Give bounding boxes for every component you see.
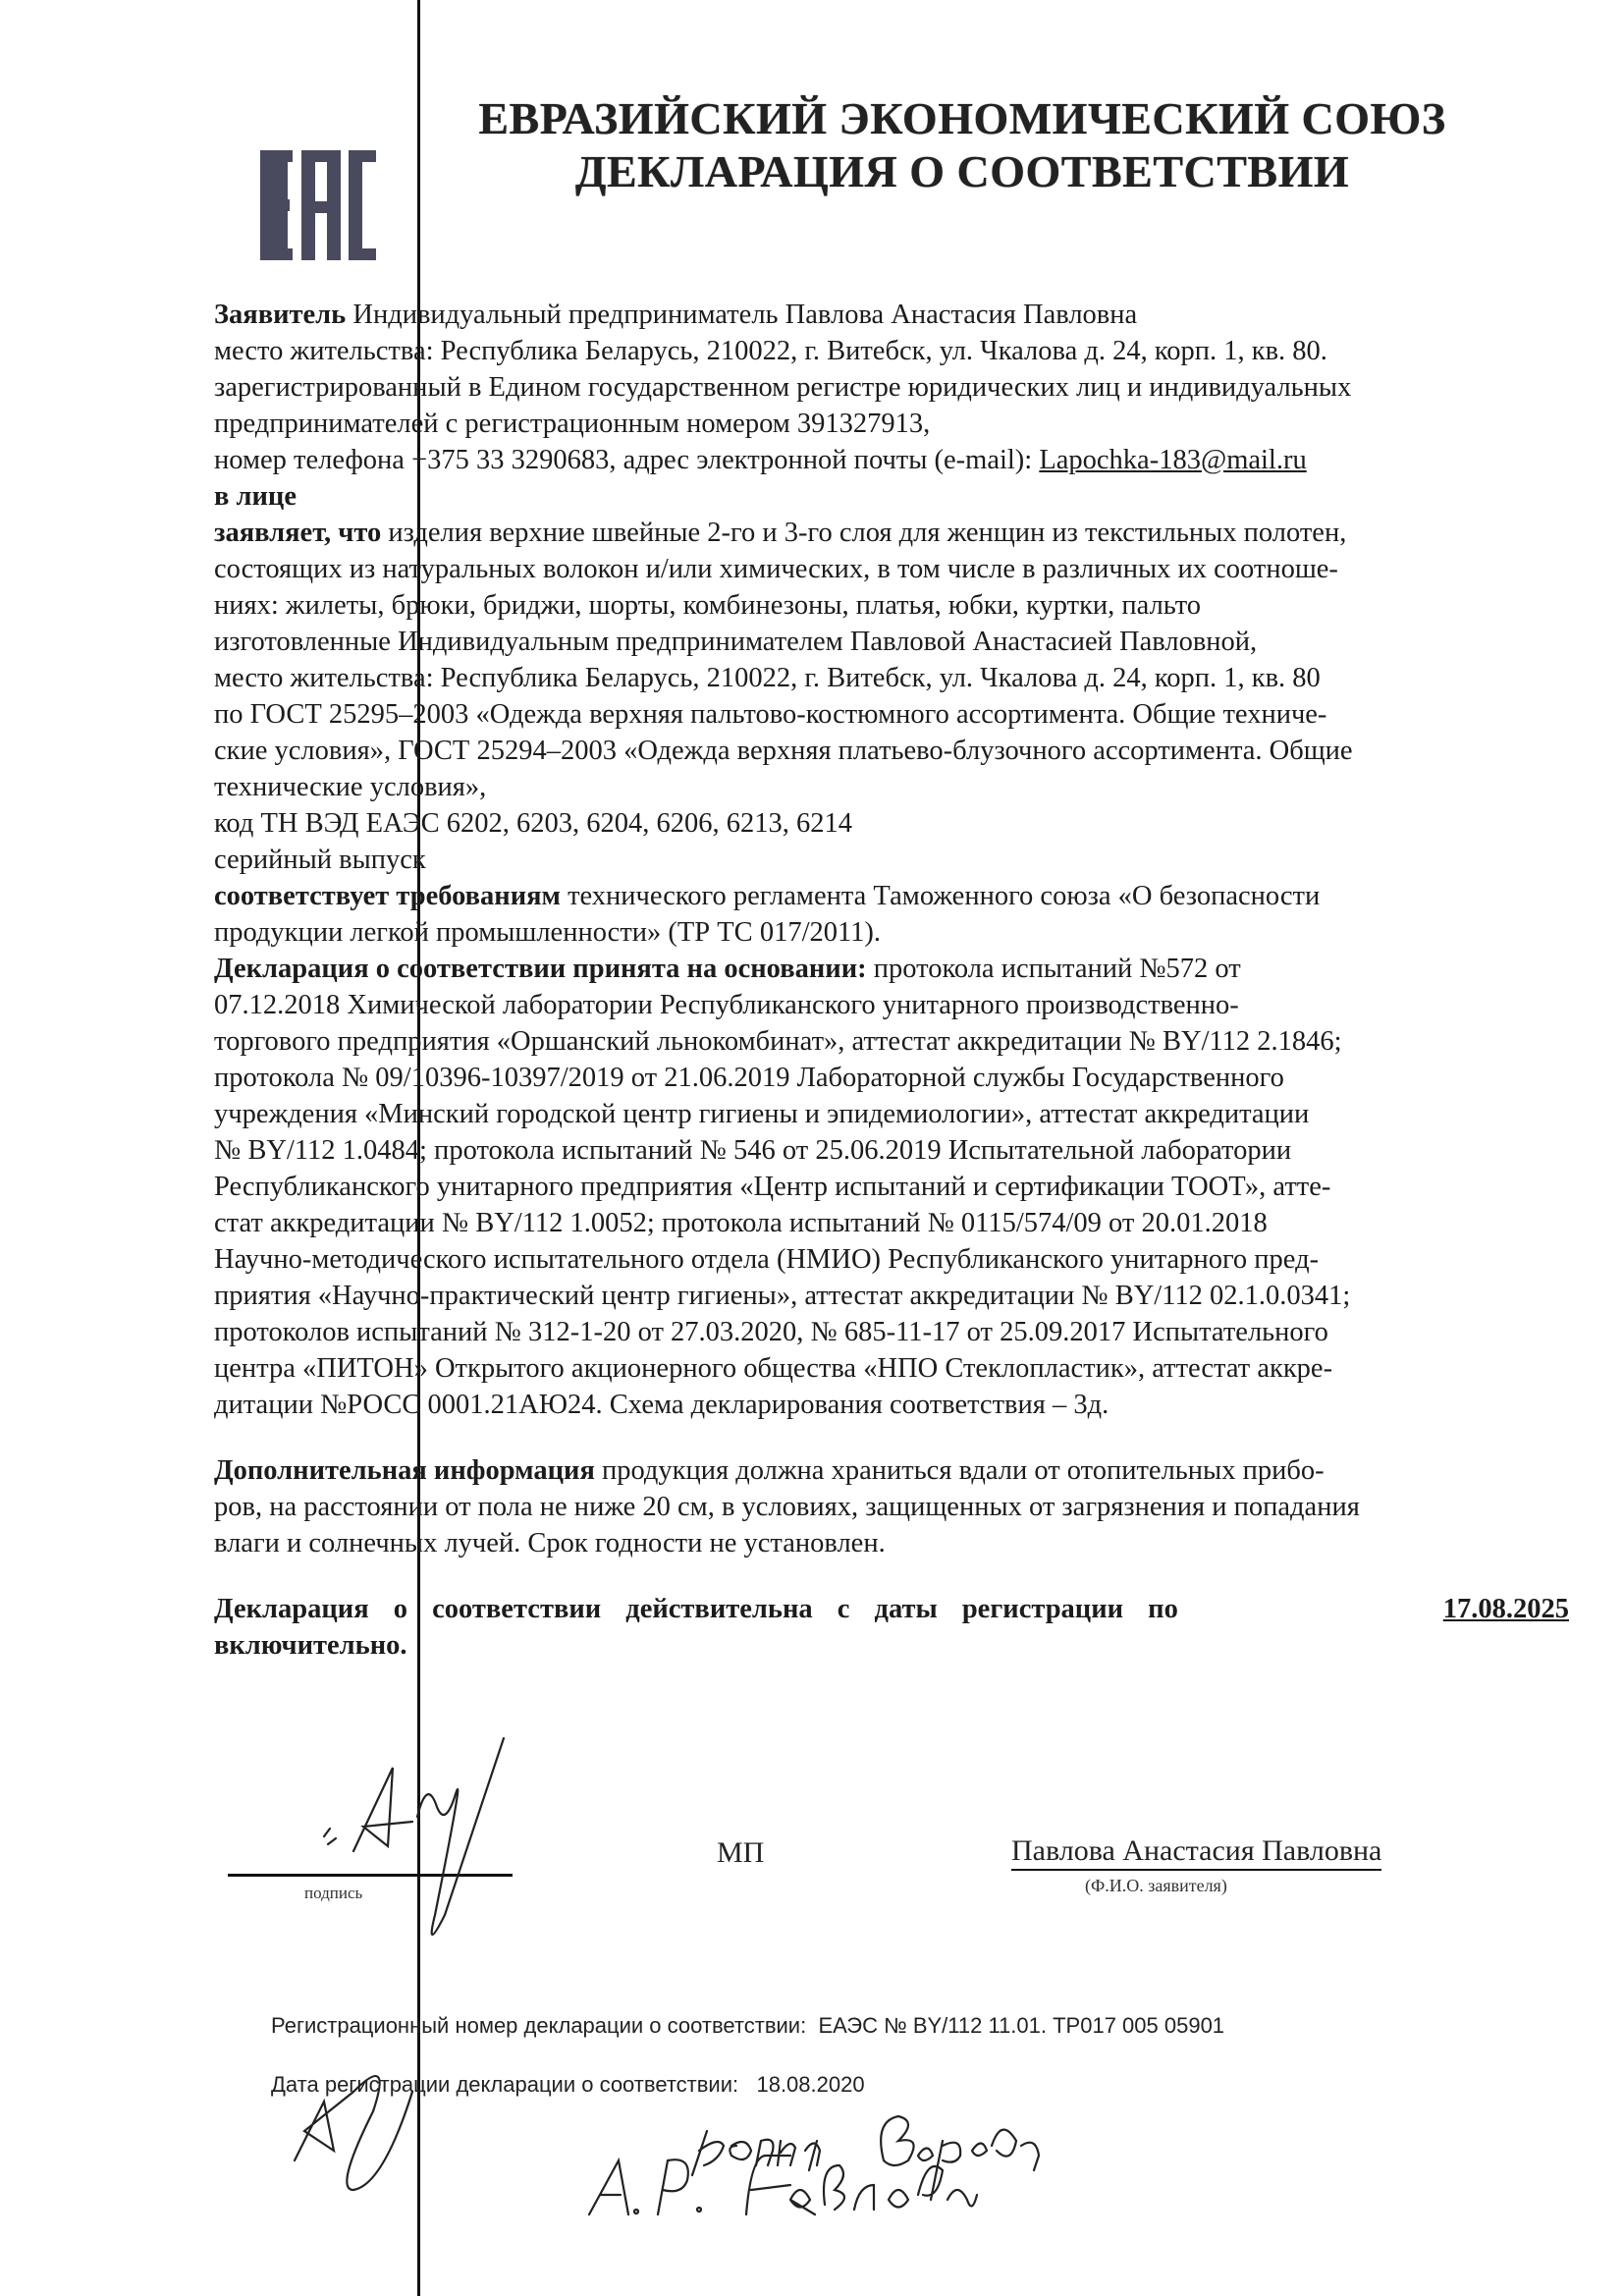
declares-label: заявляет, что [214, 518, 381, 548]
basis-line: стат аккредитации № BY/112 1.0052; прото… [214, 1205, 1569, 1241]
spacer [214, 1423, 1569, 1452]
gost-text-2: ские условия», ГОСТ 25294–2003 «Одежда в… [214, 733, 1569, 769]
validity-date: 17.08.2025 [1443, 1591, 1569, 1627]
applicant-signature-name: Павлова Анастасия Павловна [1011, 1834, 1381, 1871]
basis-line: № BY/112 1.0484; протокола испытаний № 5… [214, 1132, 1569, 1169]
basis-line-0: Декларация о соответствии принята на осн… [214, 951, 1569, 987]
applicant-registration-2: предпринимателей с регистрационным номер… [214, 406, 1569, 442]
signature-caption: подпись [304, 1884, 362, 1903]
registration-date-label: Дата регистрации декларации о соответств… [271, 2072, 738, 2097]
registration-number-line: Регистрационный номер декларации о соотв… [271, 2013, 1224, 2039]
conforms-label: соответствует требованиям [214, 881, 561, 911]
applicant-line: Заявитель Индивидуальный предприниматель… [214, 297, 1569, 333]
basis-line: центра «ПИТОН» Открытого акционерного об… [214, 1350, 1569, 1387]
validity-line-1: Декларация о соответствии действительна … [214, 1591, 1569, 1627]
applicant-contact: номер телефона +375 33 3290683, адрес эл… [214, 442, 1569, 478]
validity-text: Декларация о соответствии действительна … [214, 1591, 1178, 1627]
applicant-address: место жительства: Республика Беларусь, 2… [214, 333, 1569, 369]
conforms-line: соответствует требованиям технического р… [214, 878, 1569, 914]
basis-line: протокола № 09/10396-10397/2019 от 21.06… [214, 1060, 1569, 1096]
document-title: ДЕКЛАРАЦИЯ О СООТВЕТСТВИИ [324, 145, 1600, 197]
tn-ved-code: код ТН ВЭД ЕАЭС 6202, 6203, 6204, 6206, … [214, 805, 1569, 842]
product-text-3: ниях: жилеты, брюки, бриджи, шорты, комб… [214, 587, 1569, 624]
gost-text-1: по ГОСТ 25295–2003 «Одежда верхняя пальт… [214, 696, 1569, 733]
registration-number-label: Регистрационный номер декларации о соотв… [271, 2013, 806, 2038]
applicant-name: Индивидуальный предприниматель Павлова А… [352, 300, 1137, 330]
manufacturer-text-2: место жительства: Республика Беларусь, 2… [214, 660, 1569, 696]
basis-label: Декларация о соответствии принята на осн… [214, 954, 867, 984]
additional-text-3: влаги и солнечных лучей. Срок годности н… [214, 1525, 1569, 1561]
declares-line: заявляет, что изделия верхние швейные 2-… [214, 515, 1569, 551]
conforms-text-2: продукции легкой промышленности» (ТР ТС … [214, 914, 1569, 951]
basis-line: протоколов испытаний № 312-1-20 от 27.03… [214, 1314, 1569, 1350]
basis-line: учреждения «Минский городской центр гиги… [214, 1096, 1569, 1132]
name-caption: (Ф.И.О. заявителя) [1085, 1876, 1227, 1896]
union-title: ЕВРАЗИЙСКИЙ ЭКОНОМИЧЕСКИЙ СОЮЗ [324, 92, 1600, 144]
email-link[interactable]: Lapochka-183@mail.ru [1039, 445, 1306, 475]
contact-text: номер телефона +375 33 3290683, адрес эл… [214, 445, 1039, 475]
spacer [214, 1561, 1569, 1591]
signature-line [228, 1874, 513, 1877]
basis-line: дитации №РОСС 0001.21АЮ24. Схема деклари… [214, 1387, 1569, 1423]
basis-line: 07.12.2018 Химической лаборатории Респуб… [214, 987, 1569, 1023]
product-text-2: состоящих из натуральных волокон и/или х… [214, 551, 1569, 587]
additional-text-1: продукция должна храниться вдали от отоп… [595, 1455, 1325, 1486]
basis-text-0: протокола испытаний №572 от [867, 954, 1241, 984]
basis-line: приятия «Научно-практический центр гигие… [214, 1278, 1569, 1314]
additional-line-1: Дополнительная информация продукция долж… [214, 1452, 1569, 1489]
in-person-label: в лице [214, 481, 297, 512]
signature-initials-mark [324, 1829, 336, 1844]
manufacturer-text-1: изготовленные Индивидуальным предпринима… [214, 624, 1569, 660]
validity-text-2: включительно. [214, 1627, 1569, 1664]
registration-date-line: Дата регистрации декларации о соответств… [271, 2072, 865, 2098]
product-text-1: изделия верхние швейные 2-го и 3-го слоя… [381, 518, 1346, 548]
basis-line: торгового предприятия «Оршанский льноком… [214, 1023, 1569, 1060]
basis-line: Научно-методического испытательного отде… [214, 1241, 1569, 1278]
applicant-section: Заявитель Индивидуальный предприниматель… [214, 297, 1569, 1664]
applicant-registration-1: зарегистрированный в Едином государствен… [214, 369, 1569, 406]
additional-text-2: ров, на расстоянии от пола не ниже 20 см… [214, 1489, 1569, 1525]
registration-number-value: ЕАЭС № BY/112 11.01. ТР017 005 05901 [818, 2013, 1224, 2038]
gost-text-3: технические условия», [214, 769, 1569, 805]
applicant-label: Заявитель [214, 300, 346, 330]
conforms-text-1: технического регламента Таможенного союз… [561, 881, 1320, 911]
in-person-line: в лице [214, 478, 1569, 515]
basis-line: Республиканского унитарного предприятия … [214, 1169, 1569, 1205]
serial-release: серийный выпуск [214, 842, 1569, 878]
registration-date-value: 18.08.2020 [756, 2072, 864, 2097]
additional-label: Дополнительная информация [214, 1455, 595, 1486]
stamp-placeholder: МП [717, 1836, 764, 1870]
